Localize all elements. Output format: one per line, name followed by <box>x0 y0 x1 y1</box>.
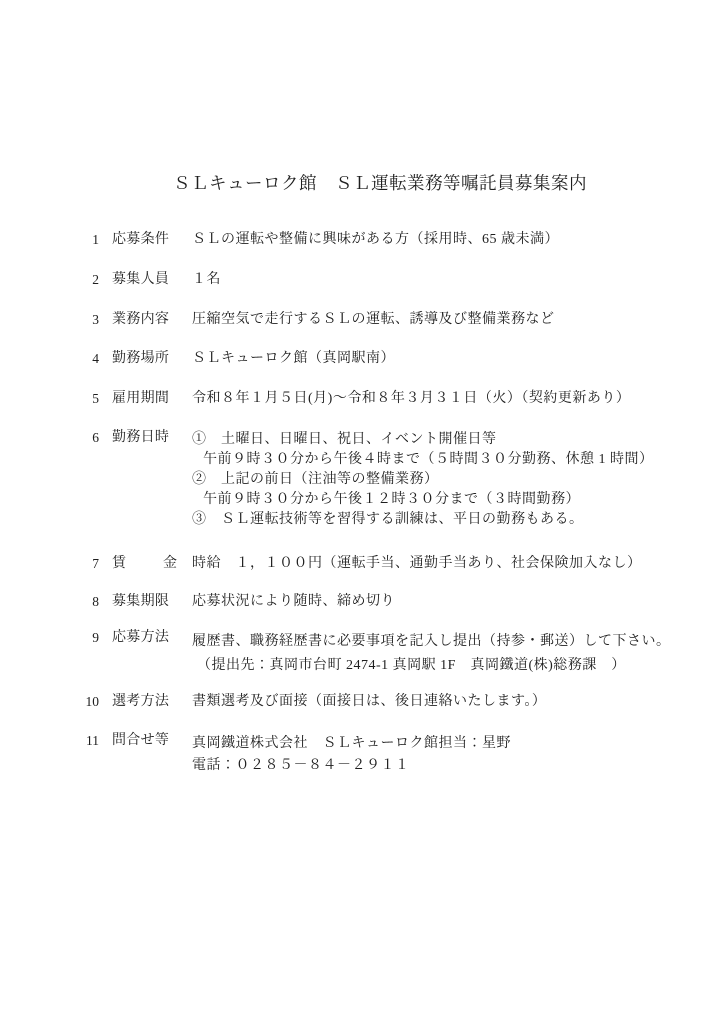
item-label: 問合せ等 <box>112 733 169 749</box>
item-content: ＳＬキューロク館（真岡駅南） <box>192 351 722 367</box>
item-label: 業務内容 <box>112 312 169 328</box>
item-number: 9 <box>84 630 99 646</box>
item-content: 書類選考及び面接（面接日は、後日連絡いたします。） <box>192 694 722 710</box>
item-content: 時給 １，１００円（運転手当、通勤手当あり、社会保険加入なし） <box>192 556 722 572</box>
item-content: 令和８年１月５日(月)～令和８年３月３１日（火）（契約更新あり） <box>192 391 722 407</box>
item-content: 履歴書、職務経歴書に必要事項を記入し提出（持参・郵送）して下さい。 （提出先：真… <box>192 630 722 678</box>
item-content-line: ③ ＳＬ運転技術等を習得する訓練は、平日の勤務もある。 <box>192 510 722 530</box>
item-content-line: 午前９時３０分から午後４時まで（５時間３０分勤務、休憩 1 時間） <box>192 450 722 470</box>
item-content-line: 電話：０２８５－８４－２９１１ <box>192 755 722 777</box>
item-content: 真岡鐵道株式会社 ＳＬキューロク館担当：星野 電話：０２８５－８４－２９１１ <box>192 733 722 777</box>
item-number: 8 <box>84 594 99 610</box>
item-content: 応募状況により随時、締め切り <box>192 594 722 610</box>
item-label: 勤務日時 <box>112 430 169 446</box>
item-label: 選考方法 <box>112 694 169 710</box>
item-number: 6 <box>84 430 99 446</box>
item-label: 応募条件 <box>112 232 169 248</box>
item-content-line: 令和８年１月５日(月)～令和８年３月３１日（火）（契約更新あり） <box>192 391 722 407</box>
item-content-line: （提出先：真岡市台町 2474-1 真岡駅 1F 真岡鐵道(株)総務課 ） <box>192 654 722 678</box>
item-content-line: ＳＬキューロク館（真岡駅南） <box>192 351 722 367</box>
item-content-line: ＳＬの運転や整備に興味がある方（採用時、65 歳未満） <box>192 232 722 248</box>
item-content: ① 土曜日、日曜日、祝日、イベント開催日等 午前９時３０分から午後４時まで（５時… <box>192 430 722 530</box>
item-content-line: 書類選考及び面接（面接日は、後日連絡いたします。） <box>192 694 722 710</box>
item-number: 3 <box>84 312 99 328</box>
item-label: 募集人員 <box>112 272 169 288</box>
item-label: 勤務場所 <box>112 351 169 367</box>
item-content-line: 履歴書、職務経歴書に必要事項を記入し提出（持参・郵送）して下さい。 <box>192 630 722 654</box>
item-number: 7 <box>84 556 99 572</box>
item-label: 賃 金 <box>112 556 180 572</box>
item-content: １名 <box>192 272 722 288</box>
item-number: 2 <box>84 272 99 288</box>
item-number: 4 <box>84 351 99 367</box>
item-content-line: 時給 １，１００円（運転手当、通勤手当あり、社会保険加入なし） <box>192 556 722 572</box>
item-number: 11 <box>84 733 99 749</box>
item-content-line: 真岡鐵道株式会社 ＳＬキューロク館担当：星野 <box>192 733 722 755</box>
item-content-line: 午前９時３０分から午後１２時３０分まで（３時間勤務） <box>192 490 722 510</box>
document-title: ＳＬキューロク館 ＳＬ運転業務等嘱託員募集案内 <box>90 170 670 195</box>
item-content-line: １名 <box>192 272 722 288</box>
item-number: 5 <box>84 391 99 407</box>
item-label: 募集期限 <box>112 594 169 610</box>
item-content-line: ① 土曜日、日曜日、祝日、イベント開催日等 <box>192 430 722 450</box>
item-content-line: 圧縮空気で走行するＳＬの運転、誘導及び整備業務など <box>192 312 722 328</box>
item-number: 1 <box>84 232 99 248</box>
item-number: 10 <box>84 694 99 710</box>
item-content-line: ② 上記の前日（注油等の整備業務） <box>192 470 722 490</box>
document-page: ＳＬキューロク館 ＳＬ運転業務等嘱託員募集案内 1 応募条件 ＳＬの運転や整備に… <box>0 0 724 1024</box>
item-content-line: 応募状況により随時、締め切り <box>192 594 722 610</box>
item-content: ＳＬの運転や整備に興味がある方（採用時、65 歳未満） <box>192 232 722 248</box>
item-content: 圧縮空気で走行するＳＬの運転、誘導及び整備業務など <box>192 312 722 328</box>
item-label: 応募方法 <box>112 630 169 646</box>
item-label: 雇用期間 <box>112 391 169 407</box>
